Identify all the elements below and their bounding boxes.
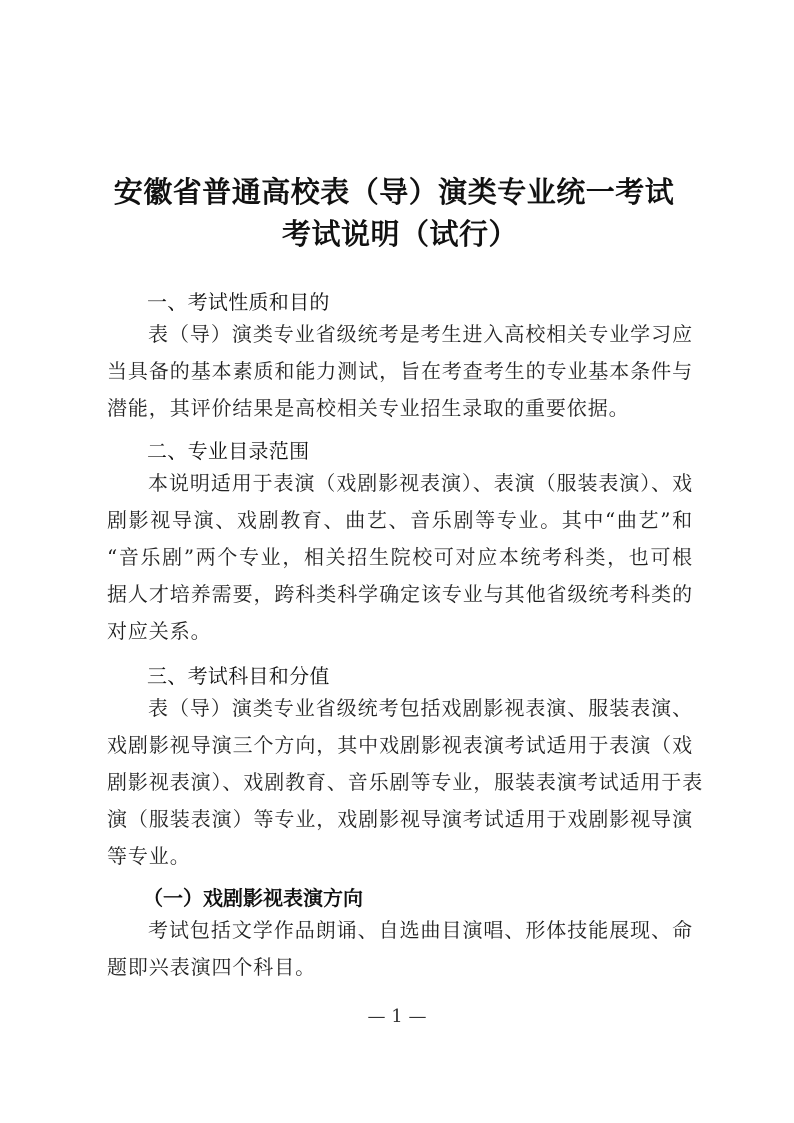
section-paragraph-subjects-scores: 表（导）演类专业省级统考包括戏剧影视表演、服装表演、 戏剧影视导演三个方向，其中… (107, 690, 693, 875)
paragraph-line: 潜能，其评价结果是高校相关专业招生录取的重要依据。 (107, 390, 693, 427)
section-heading-subjects-scores: 三、考试科目和分值 (147, 660, 330, 689)
paragraph-line: 戏剧影视导演三个方向，其中戏剧影视表演考试适用于表演（戏 (107, 727, 693, 764)
paragraph-line: 演（服装表演）等专业，戏剧影视导演考试适用于戏剧影视导演 (107, 801, 693, 838)
document-title-line2: 考试说明（试行） (107, 212, 693, 253)
paragraph-line: 表（导）演类专业省级统考是考生进入高校相关专业学习应 (107, 316, 693, 353)
paragraph-line: 表（导）演类专业省级统考包括戏剧影视表演、服装表演、 (107, 690, 693, 727)
paragraph-line: 题即兴表演四个科目。 (107, 949, 693, 986)
subsection-heading-drama-film-performance: （一）戏剧影视表演方向 (143, 882, 363, 911)
page-number: — 1 — (0, 1006, 794, 1027)
section-heading-nature-purpose: 一、考试性质和目的 (147, 286, 330, 315)
paragraph-line: 当具备的基本素质和能力测试，旨在考查考生的专业基本条件与 (107, 353, 693, 390)
paragraph-line: 考试包括文学作品朗诵、自选曲目演唱、形体技能展现、命 (107, 912, 693, 949)
section-heading-major-scope: 二、专业目录范围 (147, 435, 309, 464)
paragraph-line: 据人才培养需要，跨科类科学确定该专业与其他省级统考科类的 (107, 576, 693, 613)
section-paragraph-nature-purpose: 表（导）演类专业省级统考是考生进入高校相关专业学习应 当具备的基本素质和能力测试… (107, 316, 693, 427)
paragraph-line: 剧影视导演、戏剧教育、曲艺、音乐剧等专业。其中“曲艺”和 (107, 502, 693, 539)
paragraph-line: 对应关系。 (107, 613, 693, 650)
section-paragraph-major-scope: 本说明适用于表演（戏剧影视表演）、表演（服装表演）、戏 剧影视导演、戏剧教育、曲… (107, 465, 693, 650)
paragraph-line: 本说明适用于表演（戏剧影视表演）、表演（服装表演）、戏 (107, 465, 693, 502)
paragraph-line: “音乐剧”两个专业，相关招生院校可对应本统考科类，也可根 (107, 539, 693, 576)
document-title-line1: 安徽省普通高校表（导）演类专业统一考试 (101, 170, 687, 211)
paragraph-line: 等专业。 (107, 838, 693, 875)
paragraph-line: 剧影视表演）、戏剧教育、音乐剧等专业，服装表演考试适用于表 (107, 764, 693, 801)
subsection-paragraph-drama-film-performance: 考试包括文学作品朗诵、自选曲目演唱、形体技能展现、命 题即兴表演四个科目。 (107, 912, 693, 986)
